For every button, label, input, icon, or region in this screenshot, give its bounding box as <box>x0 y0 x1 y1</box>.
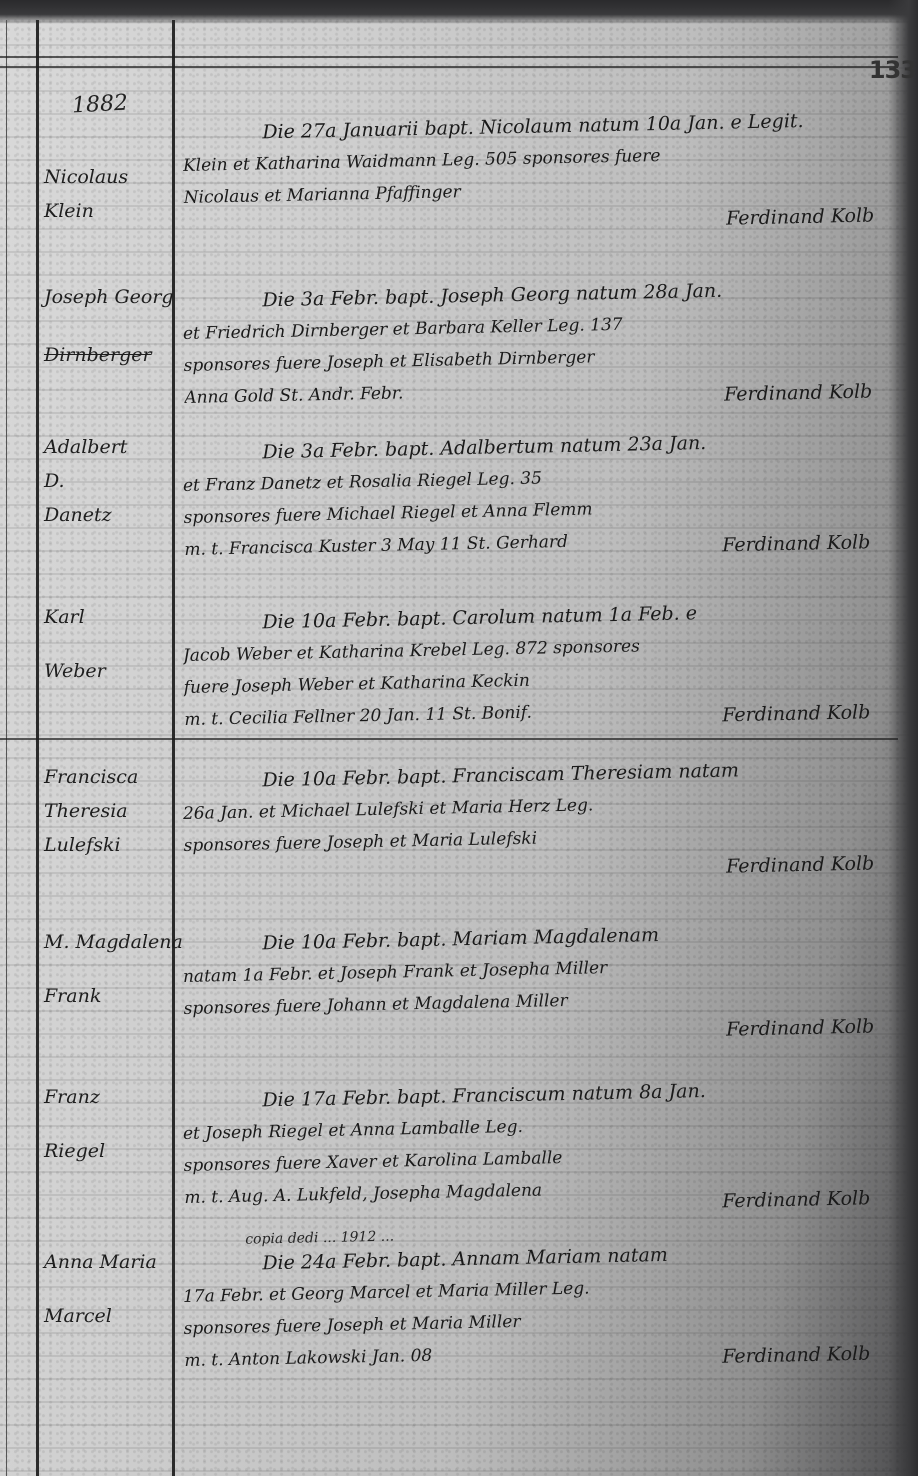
entry-name: Franz Riegel <box>44 1080 170 1168</box>
entry-text: Die 27a Januarii bapt. Nicolaum natum 10… <box>182 103 885 246</box>
entry-name: Joseph Georg Dirnberger <box>44 280 170 372</box>
name-column-left-rule <box>36 20 39 1476</box>
entry-name: Nicolaus Klein <box>44 160 170 228</box>
header-rule <box>0 66 898 68</box>
name-column-right-rule <box>172 20 175 1476</box>
entry-name: Karl Weber <box>44 600 170 688</box>
entry-text: Die 10a Febr. bapt. Mariam Magdalenam na… <box>182 914 885 1057</box>
entry-name: M. Magdalena Frank <box>44 925 170 1013</box>
entry-name: Anna Maria Marcel <box>44 1245 170 1333</box>
header-rule <box>0 56 898 58</box>
entry-name: Adalbert D. Danetz <box>44 430 170 532</box>
register-page: 133 1882 Nicolaus Klein Die 27a Januarii… <box>0 0 918 1476</box>
year-heading: 1882 <box>71 91 128 119</box>
entry-name: Francisca Theresia Lulefski <box>44 760 170 862</box>
margin-rule <box>6 20 7 1476</box>
entry-text: Die 17a Febr. bapt. Franciscum natum 8a … <box>182 1071 885 1257</box>
page-number: 133 <box>869 56 916 84</box>
entry-text: Die 10a Febr. bapt. Franciscam Theresiam… <box>182 751 885 894</box>
scan-top-shadow <box>0 0 918 24</box>
